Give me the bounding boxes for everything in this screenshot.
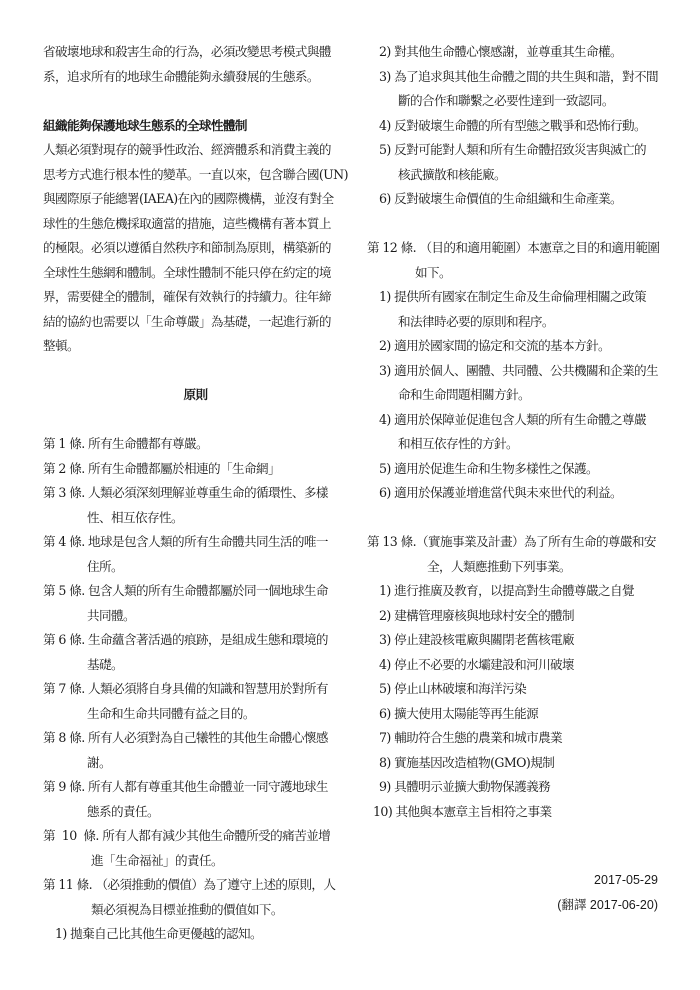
article12-item-6: 6) 適用於保護並增進當代與未來世代的利益。 <box>367 481 667 506</box>
item-text: 命和生命問題相關方針。 <box>367 383 667 408</box>
item-text: 適用於促進生命和生物多樣性之保護。 <box>394 461 598 476</box>
item-text: 停止建設核電廠與關閉老舊核電廠 <box>394 632 574 647</box>
article-text: 所有生命體都屬於相連的「生命網」 <box>88 461 280 476</box>
article12-item-5: 5) 適用於促進生命和生物多樣性之保護。 <box>367 457 667 482</box>
article-13: 第 13 條.（實施事業及計畫）為了所有生命的尊嚴和安 全，人類應推動下列事業。… <box>367 530 667 824</box>
principles-heading: 原則 <box>43 383 348 408</box>
article-text: 所有人必須對為自己犧牲的其他生命體心懷感 <box>88 730 328 745</box>
article-text: 人類必須將自身具備的知識和智慧用於對所有 <box>88 681 328 696</box>
item-number: 4) <box>379 118 391 133</box>
item-text: 適用於保障並促進包含人類的所有生命體之尊嚴 <box>394 412 646 427</box>
article-5: 第 5 條. 包含人類的所有生命體都屬於同一個地球生命 共同體。 <box>43 579 348 628</box>
article-8: 第 8 條. 所有人必須對為自己犧牲的其他生命體心懷感 謝。 <box>43 726 348 775</box>
article-label: 第 7 條. <box>43 681 85 696</box>
item-number: 5) <box>379 142 391 157</box>
item-number: 6) <box>379 485 391 500</box>
intro-line: 省破壞地球和殺害生命的行為，必須改變思考模式與體 <box>43 40 348 65</box>
item-text: 和相互依存性的方針。 <box>367 432 667 457</box>
item-text: 適用於個人、團體、共同體、公共機關和企業的生 <box>394 363 658 378</box>
article-label: 第 8 條. <box>43 730 85 745</box>
item-text: 實施基因改造植物(GMO)規制 <box>394 755 554 770</box>
article-text: 所有人都有尊重其他生命體並一同守護地球生 <box>88 779 328 794</box>
footer-dates: 2017-05-29 (翻譯 2017-06-20) <box>557 868 658 917</box>
article-9: 第 9 條. 所有人都有尊重其他生命體並一同守護地球生 態系的責任。 <box>43 775 348 824</box>
section-line: 與國際原子能總署(IAEA)在內的國際機構，並沒有對全 <box>43 187 348 212</box>
article13-item-8: 8) 實施基因改造植物(GMO)規制 <box>367 751 667 776</box>
article-text: 謝。 <box>43 751 348 776</box>
article11-item-3: 3) 為了追求與其他生命體之間的共生與和諧，對不間 <box>367 65 667 90</box>
item-text: 適用於保護並增進當代與未來世代的利益。 <box>394 485 622 500</box>
item-text: 提供所有國家在制定生命及生命倫理相關之政策 <box>394 289 646 304</box>
item-number: 7) <box>379 730 391 745</box>
article13-item-6: 6) 擴大使用太陽能等再生能源 <box>367 702 667 727</box>
article13-item-5: 5) 停止山林破壞和海洋污染 <box>367 677 667 702</box>
document-page: 省破壞地球和殺害生命的行為，必須改變思考模式與體 系，追求所有的地球生命體能夠永… <box>0 0 700 990</box>
translation-date: (翻譯 2017-06-20) <box>557 893 658 918</box>
item-text: 停止山林破壞和海洋污染 <box>394 681 526 696</box>
article12-item-2: 2) 適用於國家間的協定和交流的基本方針。 <box>367 334 667 359</box>
article11-item-1: 1) 拋棄自己比其他生命更優越的認知。 <box>43 922 348 947</box>
item-text: 輔助符合生態的農業和城市農業 <box>394 730 562 745</box>
article-11: 第 11 條. （必須推動的價值）為了遵守上述的原則，人 類必須視為目標並推動的… <box>43 873 348 947</box>
article-label: 第 12 條. <box>367 240 416 255</box>
section-line: 思考方式進行根本性的變革。一直以來，包含聯合國(UN) <box>43 163 348 188</box>
item-number: 3) <box>379 632 391 647</box>
document-date: 2017-05-29 <box>557 868 658 893</box>
item-number: 4) <box>379 412 391 427</box>
item-text: 為了追求與其他生命體之間的共生與和諧，對不間 <box>394 69 658 84</box>
article-2: 第 2 條. 所有生命體都屬於相連的「生命網」 <box>43 457 348 482</box>
section-line: 人類必須對現存的競爭性政治、經濟體系和消費主義的 <box>43 138 348 163</box>
article-text: 進「生命福祉」的責任。 <box>43 849 348 874</box>
article-label: 第 9 條. <box>43 779 85 794</box>
article12-item-1: 1) 提供所有國家在制定生命及生命倫理相關之政策 <box>367 285 667 310</box>
section-line: 全球性生態網和體制。全球性體制不能只停在約定的境 <box>43 261 348 286</box>
article11-item-5: 5) 反對可能對人類和所有生命體招致災害與滅亡的 <box>367 138 667 163</box>
item-number: 6) <box>379 191 391 206</box>
article-text: 態系的責任。 <box>43 800 348 825</box>
article13-item-2: 2) 建構管理廢核與地球村安全的體制 <box>367 604 667 629</box>
article11-item-2: 2) 對其他生命體心懷感謝，並尊重其生命權。 <box>367 40 667 65</box>
article-text: 基礎。 <box>43 653 348 678</box>
article-7: 第 7 條. 人類必須將自身具備的知識和智慧用於對所有 生命和生命共同體有益之目… <box>43 677 348 726</box>
article13-item-1: 1) 進行推廣及教育，以提高對生命體尊嚴之自覺 <box>367 579 667 604</box>
item-text: 對其他生命體心懷感謝，並尊重其生命權。 <box>394 44 622 59</box>
article13-item-7: 7) 輔助符合生態的農業和城市農業 <box>367 726 667 751</box>
item-number: 3) <box>379 69 391 84</box>
article-3: 第 3 條. 人類必須深刻理解並尊重生命的循環性、多樣 性、相互依存性。 <box>43 481 348 530</box>
article-10: 第 10 條. 所有人都有減少其他生命體所受的痛苦並增 進「生命福祉」的責任。 <box>43 824 348 873</box>
item-number: 1) <box>379 289 391 304</box>
article-label: 第 4 條. <box>43 534 85 549</box>
item-number: 3) <box>379 363 391 378</box>
item-text: 具體明示並擴大動物保護義務 <box>394 779 550 794</box>
article-1: 第 1 條. 所有生命體都有尊嚴。 <box>43 432 348 457</box>
article-text: 生命和生命共同體有益之目的。 <box>43 702 348 727</box>
article-text: 住所。 <box>43 555 348 580</box>
article13-item-10: 10) 其他與本憲章主旨相符之事業 <box>367 800 667 825</box>
item-number: 2) <box>379 608 391 623</box>
item-number: 2) <box>379 338 391 353</box>
article-text: （必須推動的價值）為了遵守上述的原則，人 <box>95 877 335 892</box>
intro-line: 系，追求所有的地球生命體能夠永續發展的生態系。 <box>43 65 348 90</box>
article-text: 如下。 <box>367 261 667 286</box>
article12-item-3: 3) 適用於個人、團體、共同體、公共機關和企業的生 <box>367 359 667 384</box>
article-text: 包含人類的所有生命體都屬於同一個地球生命 <box>88 583 328 598</box>
item-number: 1) <box>55 926 67 941</box>
section-line: 整頓。 <box>43 334 348 359</box>
item-text: 停止不必要的水壩建設和河川破壞 <box>394 657 574 672</box>
article13-item-3: 3) 停止建設核電廠與關閉老舊核電廠 <box>367 628 667 653</box>
article-label: 第 6 條. <box>43 632 85 647</box>
article-text: 性、相互依存性。 <box>43 506 348 531</box>
item-number: 2) <box>379 44 391 59</box>
item-text: 拋棄自己比其他生命更優越的認知。 <box>70 926 262 941</box>
left-column: 省破壞地球和殺害生命的行為，必須改變思考模式與體 系，追求所有的地球生命體能夠永… <box>43 40 348 947</box>
article-text: 地球是包含人類的所有生命體共同生活的唯一 <box>88 534 328 549</box>
article11-continued: 2) 對其他生命體心懷感謝，並尊重其生命權。 3) 為了追求與其他生命體之間的共… <box>367 40 667 212</box>
article-text: 共同體。 <box>43 604 348 629</box>
item-number: 5) <box>379 461 391 476</box>
article11-item-6: 6) 反對破壞生命價值的生命組織和生命產業。 <box>367 187 667 212</box>
right-column: 2) 對其他生命體心懷感謝，並尊重其生命權。 3) 為了追求與其他生命體之間的共… <box>367 40 667 824</box>
item-text: 斷的合作和聯繫之必要性達到一致認同。 <box>367 89 667 114</box>
item-text: 擴大使用太陽能等再生能源 <box>394 706 538 721</box>
section-line: 的極限。必須以遵循自然秩序和節制為原則，構築新的 <box>43 236 348 261</box>
item-number: 4) <box>379 657 391 672</box>
item-text: 核武擴散和核能廠。 <box>367 163 667 188</box>
article-12: 第 12 條. （目的和適用範圍）本憲章之目的和適用範圍 如下。 1) 提供所有… <box>367 236 667 506</box>
article-text: 生命蘊含著活過的痕跡，是組成生態和環境的 <box>88 632 328 647</box>
article-text: 全，人類應推動下列事業。 <box>367 555 667 580</box>
item-text: 反對破壞生命體的所有型態之戰爭和恐怖行動。 <box>394 118 646 133</box>
article11-item-4: 4) 反對破壞生命體的所有型態之戰爭和恐怖行動。 <box>367 114 667 139</box>
section-line: 球性的生態危機採取適當的措施，這些機構有著本質上 <box>43 212 348 237</box>
article-label: 第 1 條. <box>43 436 85 451</box>
item-text: 反對可能對人類和所有生命體招致災害與滅亡的 <box>394 142 646 157</box>
item-text: 其他與本憲章主旨相符之事業 <box>396 804 552 819</box>
item-number: 8) <box>379 755 391 770</box>
item-number: 10) <box>373 804 392 819</box>
item-text: 反對破壞生命價值的生命組織和生命產業。 <box>394 191 622 206</box>
article-text: 類必須視為目標並推動的價值如下。 <box>43 898 348 923</box>
item-text: 進行推廣及教育，以提高對生命體尊嚴之自覺 <box>394 583 634 598</box>
article-label: 第 10 條. <box>43 828 99 843</box>
section-line: 結的協約也需要以「生命尊嚴」為基礎，一起進行新的 <box>43 310 348 335</box>
article-4: 第 4 條. 地球是包含人類的所有生命體共同生活的唯一 住所。 <box>43 530 348 579</box>
article-text: （目的和適用範圍）本憲章之目的和適用範圍 <box>419 240 659 255</box>
section-line: 界，需要健全的體制，確保有效執行的持續力。往年締 <box>43 285 348 310</box>
article12-item-4: 4) 適用於保障並促進包含人類的所有生命體之尊嚴 <box>367 408 667 433</box>
article-text: （實施事業及計畫）為了所有生命的尊嚴和安 <box>416 534 656 549</box>
article-text: 所有生命體都有尊嚴。 <box>88 436 208 451</box>
item-text: 適用於國家間的協定和交流的基本方針。 <box>394 338 610 353</box>
item-number: 1) <box>379 583 391 598</box>
article13-item-9: 9) 具體明示並擴大動物保護義務 <box>367 775 667 800</box>
article-label: 第 13 條. <box>367 534 416 549</box>
article-label: 第 11 條. <box>43 877 92 892</box>
item-text: 和法律時必要的原則和程序。 <box>367 310 667 335</box>
article-text: 人類必須深刻理解並尊重生命的循環性、多樣 <box>88 485 328 500</box>
item-text: 建構管理廢核與地球村安全的體制 <box>394 608 574 623</box>
item-number: 5) <box>379 681 391 696</box>
article-label: 第 3 條. <box>43 485 85 500</box>
article-label: 第 2 條. <box>43 461 85 476</box>
item-number: 6) <box>379 706 391 721</box>
article13-item-4: 4) 停止不必要的水壩建設和河川破壞 <box>367 653 667 678</box>
article-6: 第 6 條. 生命蘊含著活過的痕跡，是組成生態和環境的 基礎。 <box>43 628 348 677</box>
article-text: 所有人都有減少其他生命體所受的痛苦並增 <box>102 828 330 843</box>
item-number: 9) <box>379 779 391 794</box>
article-label: 第 5 條. <box>43 583 85 598</box>
section-heading: 組織能夠保護地球生態系的全球性體制 <box>43 114 348 139</box>
